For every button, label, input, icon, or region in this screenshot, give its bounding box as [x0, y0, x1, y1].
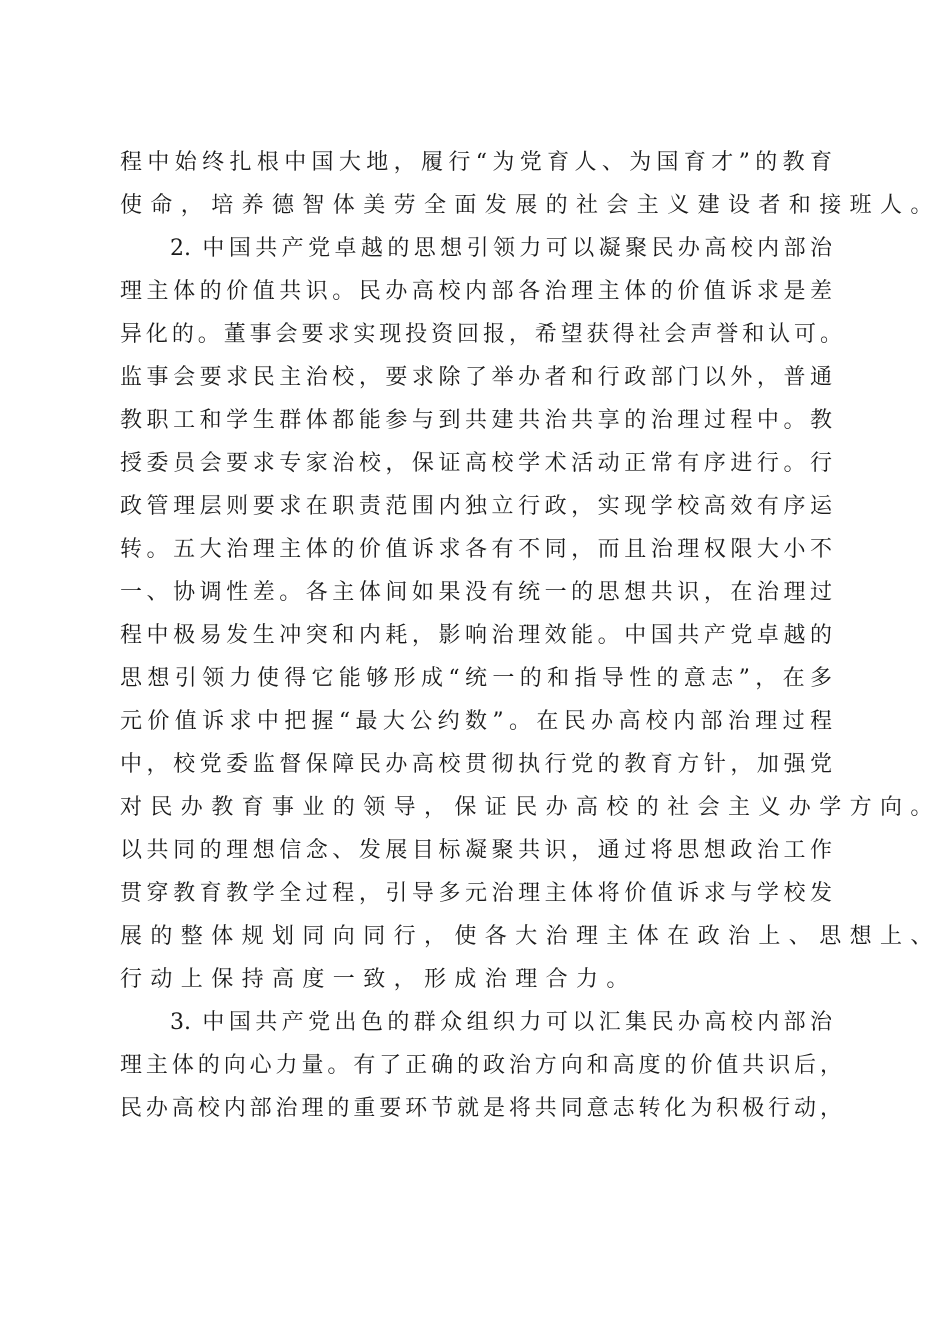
text-line: 程中极易发生冲突和内耗，影响治理效能。中国共产党卓越的 [120, 614, 832, 657]
text-line: 元价值诉求中把握“最大公约数”。在民办高校内部治理过程 [120, 700, 832, 743]
text-line: 程中始终扎根中国大地，履行“为党育人、为国育才”的教育 [120, 141, 832, 184]
text-line: 监事会要求民主治校，要求除了举办者和行政部门以外，普通 [120, 356, 832, 399]
paragraph-continuation: 程中始终扎根中国大地，履行“为党育人、为国育才”的教育 使命，培养德智体美劳全面… [120, 141, 832, 227]
text-line: 转。五大治理主体的价值诉求各有不同，而且治理权限大小不 [120, 528, 832, 571]
text-line: 思想引领力使得它能够形成“统一的和指导性的意志”，在多 [120, 657, 832, 700]
text-line: 异化的。董事会要求实现投资回报，希望获得社会声誉和认可。 [120, 313, 842, 356]
text-line: 以共同的理想信念、发展目标凝聚共识，通过将思想政治工作 [120, 829, 832, 872]
text-line: 使命，培养德智体美劳全面发展的社会主义建设者和接班人。 [120, 184, 832, 227]
text-line: 教职工和学生群体都能参与到共建共治共享的治理过程中。教 [120, 399, 832, 442]
text-line: 理主体的向心力量。有了正确的政治方向和高度的价值共识后， [120, 1044, 842, 1087]
text-line: 行动上保持高度一致，形成治理合力。 [120, 958, 832, 1001]
text-line: 一、协调性差。各主体间如果没有统一的思想共识，在治理过 [120, 571, 832, 614]
paragraph-2: 2. 中国共产党卓越的思想引领力可以凝聚民办高校内部治 理主体的价值共识。民办高… [120, 227, 832, 1001]
paragraph-first-line: 2. 中国共产党卓越的思想引领力可以凝聚民办高校内部治 [120, 227, 832, 270]
text-line: 贯穿教育教学全过程，引导多元治理主体将价值诉求与学校发 [120, 872, 832, 915]
document-page: 程中始终扎根中国大地，履行“为党育人、为国育才”的教育 使命，培养德智体美劳全面… [0, 0, 950, 1344]
paragraph-3: 3. 中国共产党出色的群众组织力可以汇集民办高校内部治 理主体的向心力量。有了正… [120, 1001, 832, 1130]
paragraph-first-line: 3. 中国共产党出色的群众组织力可以汇集民办高校内部治 [120, 1001, 832, 1044]
text-line: 政管理层则要求在职责范围内独立行政，实现学校高效有序运 [120, 485, 832, 528]
text-line: 授委员会要求专家治校，保证高校学术活动正常有序进行。行 [120, 442, 832, 485]
text-line: 理主体的价值共识。民办高校内部各治理主体的价值诉求是差 [120, 270, 832, 313]
text-line: 对民办教育事业的领导，保证民办高校的社会主义办学方向。 [120, 786, 832, 829]
text-line: 民办高校内部治理的重要环节就是将共同意志转化为积极行动， [120, 1087, 842, 1130]
text-line: 中，校党委监督保障民办高校贯彻执行党的教育方针，加强党 [120, 743, 832, 786]
body-text: 程中始终扎根中国大地，履行“为党育人、为国育才”的教育 使命，培养德智体美劳全面… [120, 141, 832, 1130]
text-line: 展的整体规划同向同行，使各大治理主体在政治上、思想上、 [120, 915, 832, 958]
